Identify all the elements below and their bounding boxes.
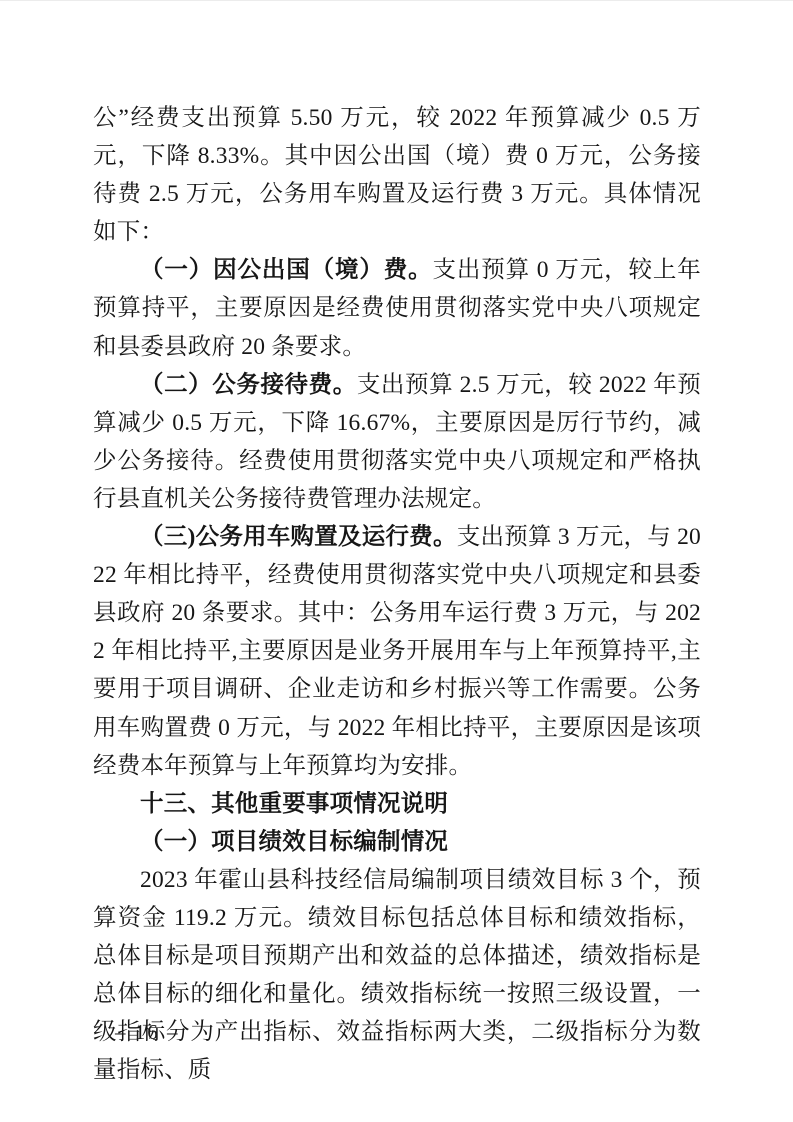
bold-text-run: 十三、其他重要事项情况说明 xyxy=(140,791,448,817)
bold-text-run: （一）项目绩效目标编制情况 xyxy=(140,829,448,855)
paragraph: （二）公务接待费。支出预算 2.5 万元，较 2022 年预算减少 0.5 万元… xyxy=(93,366,701,518)
page-number: – 16 – xyxy=(115,1018,180,1046)
paragraph: 2023 年霍山县科技经信局编制项目绩效目标 3 个，预算资金 119.2 万元… xyxy=(93,861,701,1090)
bold-text-run: （三)公务用车购置及运行费。 xyxy=(140,524,457,550)
paragraph: 公”经费支出预算 5.50 万元，较 2022 年预算减少 0.5 万元，下降 … xyxy=(93,99,701,251)
section-heading: 十三、其他重要事项情况说明 xyxy=(93,785,701,823)
text-run: 公”经费支出预算 5.50 万元，较 2022 年预算减少 0.5 万元，下降 … xyxy=(93,105,701,245)
paragraph: （三)公务用车购置及运行费。支出预算 3 万元，与 2022 年相比持平，经费使… xyxy=(93,518,701,785)
bold-text-run: （一）因公出国（境）费。 xyxy=(140,257,432,283)
text-run: 2023 年霍山县科技经信局编制项目绩效目标 3 个，预算资金 119.2 万元… xyxy=(93,867,701,1083)
document-body: 公”经费支出预算 5.50 万元，较 2022 年预算减少 0.5 万元，下降 … xyxy=(93,99,701,1089)
text-run: 支出预算 3 万元，与 2022 年相比持平，经费使用贯彻落实党中央八项规定和县… xyxy=(93,524,701,779)
section-heading: （一）项目绩效目标编制情况 xyxy=(93,823,701,861)
paragraph: （一）因公出国（境）费。支出预算 0 万元，较上年预算持平，主要原因是经费使用贯… xyxy=(93,251,701,365)
bold-text-run: （二）公务接待费。 xyxy=(140,372,357,398)
document-page: 公”经费支出预算 5.50 万元，较 2022 年预算减少 0.5 万元，下降 … xyxy=(0,0,793,1122)
